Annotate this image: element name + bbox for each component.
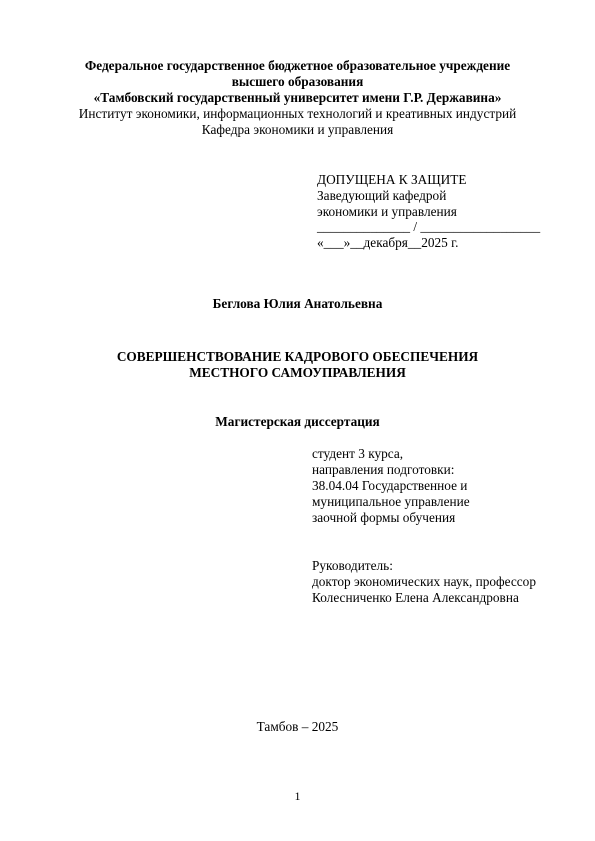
work-type: Магистерская диссертация (0, 414, 595, 430)
approval-position-1: Заведующий кафедрой (317, 188, 446, 204)
thesis-title-line-2: МЕСТНОГО САМОУПРАВЛЕНИЯ (0, 365, 595, 381)
header-line-university: «Тамбовский государственный университет … (0, 90, 595, 106)
header-line-department: Кафедра экономики и управления (0, 122, 595, 138)
approval-date-line: «___»__декабря__2025 г. (317, 235, 458, 251)
supervisor-label: Руководитель: (312, 558, 393, 574)
thesis-title-line-1: СОВЕРШЕНСТВОВАНИЕ КАДРОВОГО ОБЕСПЕЧЕНИЯ (0, 349, 595, 365)
student-line-4: муниципальное управление (312, 494, 470, 510)
page-number: 1 (0, 788, 595, 804)
supervisor-degree: доктор экономических наук, профессор (312, 574, 536, 590)
student-line-1: студент 3 курса, (312, 446, 403, 462)
approval-signature-line: ______________ / __________________ (317, 219, 540, 235)
supervisor-name: Колесниченко Елена Александровна (312, 590, 519, 606)
approval-position-2: экономики и управления (317, 204, 457, 220)
header-line-institution-type: Федеральное государственное бюджетное об… (0, 58, 595, 74)
header-line-education-level: высшего образования (0, 74, 595, 90)
student-line-3: 38.04.04 Государственное и (312, 478, 467, 494)
student-line-2: направления подготовки: (312, 462, 454, 478)
approval-title: ДОПУЩЕНА К ЗАЩИТЕ (317, 172, 466, 188)
header-line-institute: Институт экономики, информационных техно… (0, 106, 595, 122)
city-year: Тамбов – 2025 (0, 719, 595, 735)
student-line-5: заочной формы обучения (312, 510, 455, 526)
author-name: Беглова Юлия Анатольевна (0, 296, 595, 312)
